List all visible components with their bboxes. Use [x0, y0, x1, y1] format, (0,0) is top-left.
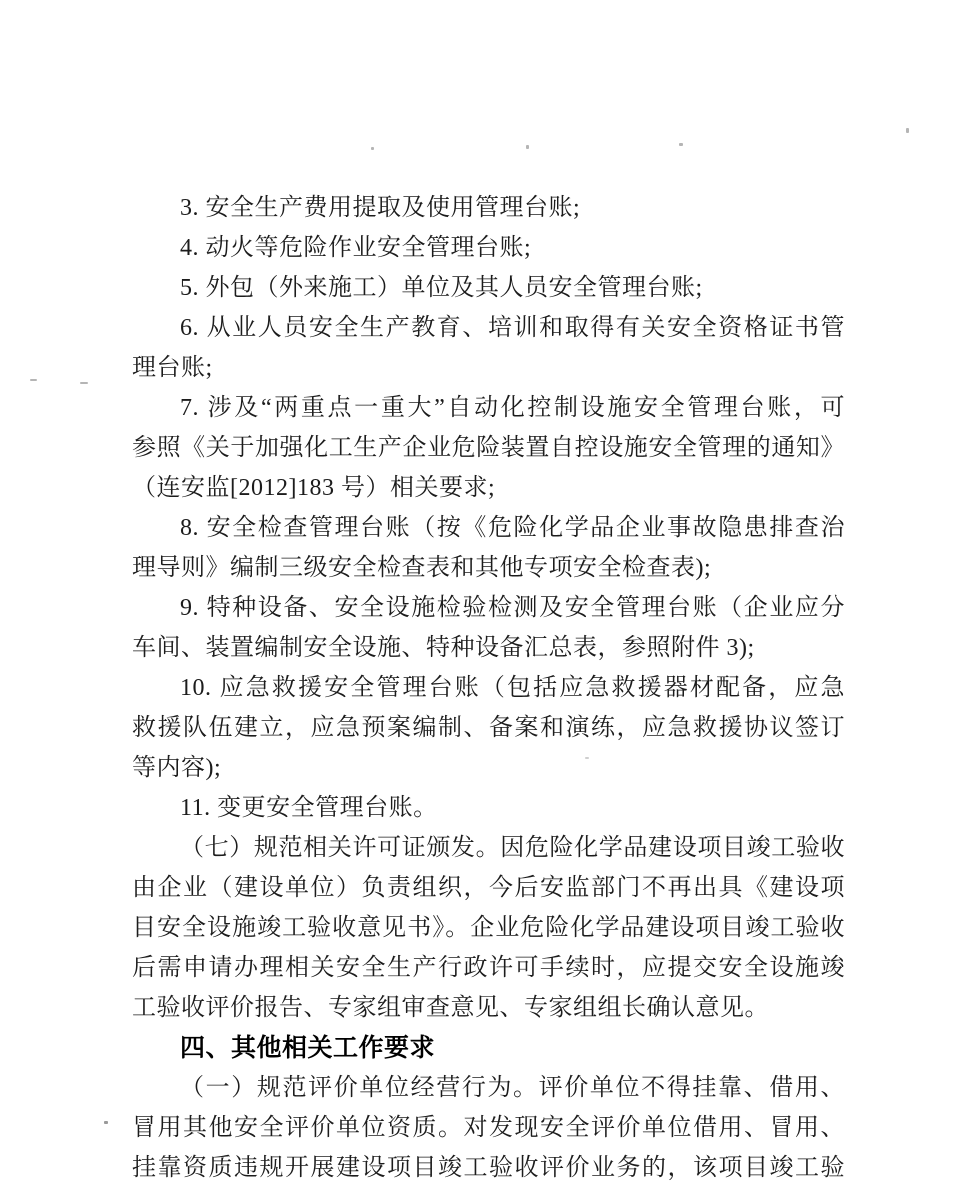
scanned-document-page: 3. 安全生产费用提取及使用管理台账;4. 动火等危险作业安全管理台账;5. 外… — [0, 0, 975, 1200]
text-line: 5. 外包（外来施工）单位及其人员安全管理台账; — [132, 268, 845, 308]
text-line: （连安监[2012]183 号）相关要求; — [132, 468, 845, 508]
text-line: 冒用其他安全评价单位资质。对发现安全评价单位借用、冒用、 — [132, 1108, 845, 1148]
text-line: （一）规范评价单位经营行为。评价单位不得挂靠、借用、 — [132, 1068, 845, 1108]
text-line: 6. 从业人员安全生产教育、培训和取得有关安全资格证书管 — [132, 308, 845, 348]
section-heading: 四、其他相关工作要求 — [132, 1028, 845, 1068]
text-line: 救援队伍建立，应急预案编制、备案和演练，应急救援协议签订 — [132, 708, 845, 748]
text-line: 4. 动火等危险作业安全管理台账; — [132, 228, 845, 268]
text-line: 9. 特种设备、安全设施检验检测及安全管理台账（企业应分 — [132, 588, 845, 628]
text-line: 8. 安全检查管理台账（按《危险化学品企业事故隐患排查治 — [132, 508, 845, 548]
scan-speck — [526, 145, 529, 149]
scan-speck — [679, 143, 683, 146]
scan-speck — [906, 128, 909, 133]
text-line: 参照《关于加强化工生产企业危险装置自控设施安全管理的通知》 — [132, 428, 845, 468]
text-line: 7. 涉及“两重点一重大”自动化控制设施安全管理台账，可 — [132, 388, 845, 428]
text-line: 理台账; — [132, 348, 845, 388]
text-line: 车间、装置编制安全设施、特种设备汇总表，参照附件 3); — [132, 628, 845, 668]
scan-speck — [371, 147, 374, 150]
text-line: 后需申请办理相关安全生产行政许可手续时，应提交安全设施竣 — [132, 948, 845, 988]
scan-speck — [30, 379, 37, 381]
text-line: （七）规范相关许可证颁发。因危险化学品建设项目竣工验收 — [132, 828, 845, 868]
text-line: 等内容); — [132, 748, 845, 788]
text-line: 11. 变更安全管理台账。 — [132, 788, 845, 828]
text-line: 理导则》编制三级安全检查表和其他专项安全检查表); — [132, 548, 845, 588]
scan-speck — [80, 382, 88, 384]
text-line: 10. 应急救援安全管理台账（包括应急救援器材配备，应急 — [132, 668, 845, 708]
text-line: 3. 安全生产费用提取及使用管理台账; — [132, 188, 845, 228]
document-body: 3. 安全生产费用提取及使用管理台账;4. 动火等危险作业安全管理台账;5. 外… — [132, 188, 845, 1188]
text-line: 工验收评价报告、专家组审查意见、专家组组长确认意见。 — [132, 988, 845, 1028]
text-line: 由企业（建设单位）负责组织，今后安监部门不再出具《建设项 — [132, 868, 845, 908]
text-line: 目安全设施竣工验收意见书》。企业危险化学品建设项目竣工验收 — [132, 908, 845, 948]
scan-speck — [104, 1121, 108, 1124]
text-line: 挂靠资质违规开展建设项目竣工验收评价业务的，该项目竣工验 — [132, 1148, 845, 1188]
